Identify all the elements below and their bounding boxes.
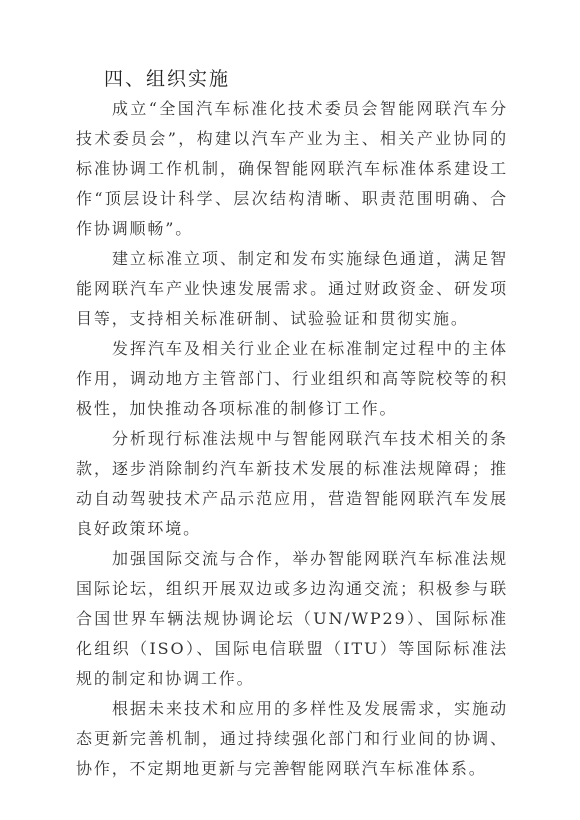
section-title: 四、组织实施	[104, 64, 230, 91]
document-page: 四、组织实施 成立“全国汽车标准化技术委员会智能网联汽车分技术委员会”，构建以汽…	[0, 0, 580, 820]
paragraph-green-channel: 建立标准立项、制定和发布实施绿色通道，满足智能网联汽车产业快速发展需求。通过财政…	[76, 244, 508, 334]
paragraph-industry-role: 发挥汽车及相关行业企业在标准制定过程中的主体作用，调动地方主管部门、行业组织和高…	[76, 334, 508, 424]
page-number: - 14 -	[0, 762, 580, 772]
paragraph-regulation-review: 分析现行标准法规中与智能网联汽车技术相关的条款，逐步消除制约汽车新技术发展的标准…	[76, 424, 508, 544]
paragraph-committee: 成立“全国汽车标准化技术委员会智能网联汽车分技术委员会”，构建以汽车产业为主、相…	[76, 94, 508, 244]
document-body: 成立“全国汽车标准化技术委员会智能网联汽车分技术委员会”，构建以汽车产业为主、相…	[76, 94, 508, 784]
paragraph-international: 加强国际交流与合作，举办智能网联汽车标准法规国际论坛，组织开展双边或多边沟通交流…	[76, 544, 508, 694]
